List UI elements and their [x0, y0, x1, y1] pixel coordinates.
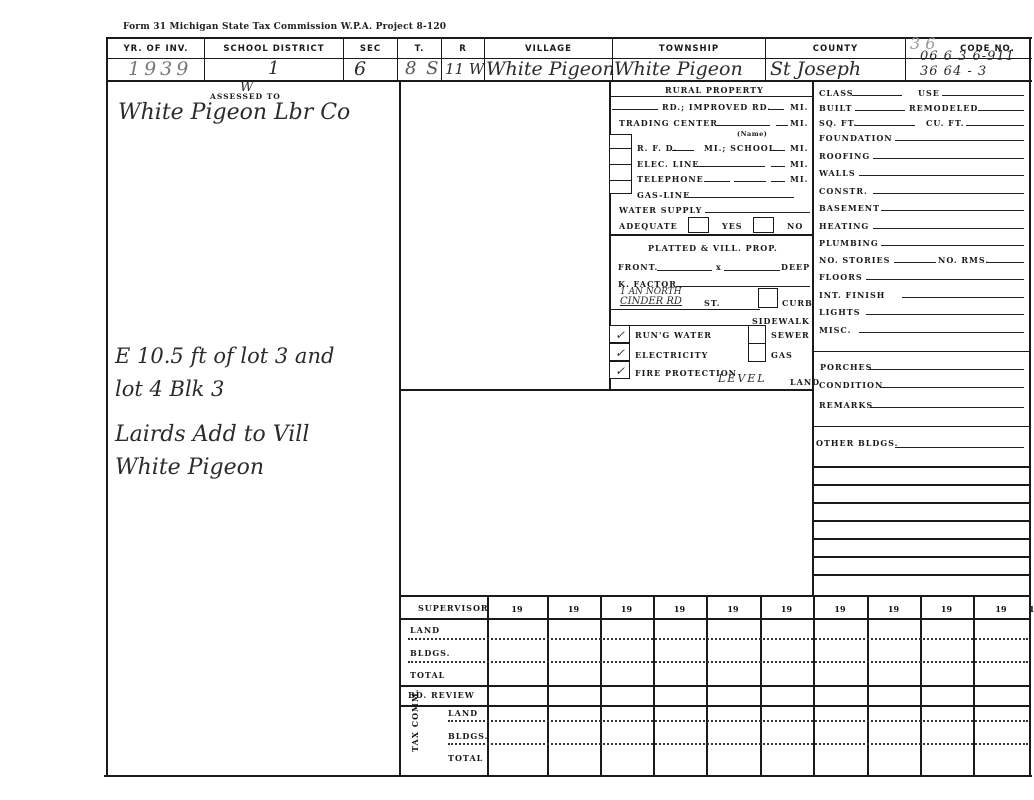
assessed-annotation: W	[240, 80, 253, 95]
building-field-label: CONSTR.	[819, 186, 868, 196]
curb-label: CURB	[782, 298, 813, 308]
valuation-cell[interactable]	[547, 618, 600, 775]
no-stories-label: NO. STORIES	[819, 255, 890, 265]
valuation-cell[interactable]	[867, 618, 920, 775]
building-field-input[interactable]	[866, 314, 1024, 315]
rural-title-rule	[610, 96, 812, 97]
rural-right-border	[812, 80, 814, 595]
use-label: USE	[918, 88, 940, 98]
value-school-district[interactable]: 1	[268, 58, 279, 79]
mi-label: MI.	[790, 118, 808, 128]
mi-label: MI.	[790, 159, 808, 169]
adequate-no-checkbox[interactable]	[753, 217, 774, 233]
remarks-label: REMARKS	[819, 400, 873, 410]
rd-improved-label: RD.; IMPROVED RD.	[662, 102, 771, 112]
adequate-yes-checkbox[interactable]	[688, 217, 709, 233]
legal-description-line-1[interactable]: E 10.5 ft of lot 3 and	[115, 344, 334, 368]
rural-property-title: RURAL PROPERTY	[665, 85, 764, 95]
tax-comm-label: TAX COMM.	[410, 688, 420, 752]
rfd-label: R. F. D.	[637, 143, 677, 153]
gas-checkbox[interactable]	[748, 343, 766, 362]
gas-line-label: GAS-LINE	[637, 190, 690, 200]
sewer-checkbox[interactable]	[748, 325, 766, 344]
building-field-label: WALLS	[819, 168, 856, 178]
building-field-input[interactable]	[902, 297, 1024, 298]
value-code-no-2[interactable]: 36 64 - 3	[920, 64, 987, 79]
deep-label: DEEP	[781, 262, 810, 272]
running-water-label: RUN'G WATER	[635, 330, 712, 340]
valuation-cell[interactable]	[813, 618, 867, 775]
other-bldgs-line[interactable]	[813, 556, 1029, 558]
curb-checkbox[interactable]	[758, 288, 778, 308]
year-column-header: 19	[920, 600, 973, 618]
valuation-row-label: LAND	[410, 625, 440, 635]
name-hint: (Name)	[737, 130, 767, 138]
electricity-label: ELECTRICITY	[635, 350, 708, 360]
class-label: CLASS	[819, 88, 854, 98]
electricity-check: ✓	[615, 346, 625, 360]
tax-comm-row-label: TOTAL	[448, 753, 483, 763]
header-village: VILLAGE	[485, 40, 612, 58]
frame-bottom	[104, 775, 1032, 777]
year-column-header: 19	[487, 600, 547, 618]
school-label: MI.; SCHOOL	[704, 143, 775, 153]
assessed-divider	[399, 80, 401, 777]
valuation-cell[interactable]	[653, 618, 706, 775]
building-field-input[interactable]	[881, 245, 1024, 246]
other-bldgs-line[interactable]	[813, 538, 1029, 540]
building-field-input[interactable]	[881, 210, 1024, 211]
other-bldgs-line[interactable]	[813, 574, 1029, 576]
platted-bottom-rule	[400, 389, 812, 391]
valuation-row-label: TOTAL	[410, 670, 445, 680]
sq-ft-label: SQ. FT.	[819, 118, 857, 128]
street-value-line-2[interactable]: CINDER RD	[620, 296, 682, 307]
running-water-check: ✓	[615, 328, 625, 342]
valuation-cell[interactable]	[600, 618, 653, 775]
header-yr-of-inv: YR. OF INV.	[108, 40, 204, 58]
year-column-header: 19	[600, 600, 653, 618]
cu-ft-label: CU. FT.	[926, 118, 965, 128]
land-value[interactable]: LEVEL	[718, 372, 767, 385]
year-column-header: 19	[973, 600, 1029, 618]
rural-bottom-rule	[610, 234, 812, 236]
year-column-header: 19	[653, 600, 706, 618]
supervisor-label: SUPERVISOR	[418, 603, 489, 613]
header-t: T.	[398, 40, 441, 58]
building-field-label: LIGHTS	[819, 307, 861, 317]
mi-label: MI.	[790, 102, 808, 112]
building-field-label: MISC.	[819, 325, 851, 335]
building-field-label: FOUNDATION	[819, 133, 893, 143]
adequate-label: ADEQUATE	[619, 221, 678, 231]
building-field-input[interactable]	[873, 158, 1024, 159]
sewer-label: SEWER	[771, 330, 810, 340]
form-title: Form 31 Michigan State Tax Commission W.…	[123, 22, 446, 32]
value-t[interactable]: 8 S	[405, 58, 441, 79]
frame-right	[1029, 37, 1031, 777]
mi-label: MI.	[790, 143, 808, 153]
header-sec: SEC	[344, 40, 397, 58]
no-label: NO	[787, 221, 803, 231]
year-column-header: 19	[867, 600, 920, 618]
gas-label: GAS	[771, 350, 793, 360]
platted-title: PLATTED & VILL. PROP.	[648, 243, 778, 253]
value-r[interactable]: 11 W	[445, 60, 484, 78]
building-field-input[interactable]	[873, 193, 1024, 194]
year-column-header: 19	[760, 600, 813, 618]
building-field-label: PLUMBING	[819, 238, 879, 248]
valuation-cell[interactable]	[760, 618, 813, 775]
x-label: x	[716, 262, 722, 272]
building-field-label: BASEMENT	[819, 203, 880, 213]
building-field-label: INT. FINISH	[819, 290, 885, 300]
other-bldgs-line[interactable]	[813, 466, 1029, 468]
other-bldgs-label: OTHER BLDGS.	[816, 438, 898, 448]
water-supply-label: WATER SUPPLY	[619, 205, 702, 215]
st-label: ST.	[704, 298, 720, 308]
no-rms-label: NO. RMS.	[938, 255, 989, 265]
value-sec[interactable]: 6	[354, 58, 366, 80]
building-field-input[interactable]	[873, 228, 1024, 229]
condition-label: CONDITION	[819, 380, 883, 390]
other-bldgs-line[interactable]	[813, 502, 1029, 504]
front-label: FRONT.	[618, 262, 658, 272]
tax-comm-row-label: BLDGS.	[448, 731, 488, 741]
legal-description-line-3[interactable]: Lairds Add to Vill	[115, 422, 309, 447]
year-column-header: 19	[1029, 600, 1034, 618]
land-label: LAND	[790, 377, 820, 387]
valuation-cell[interactable]	[706, 618, 760, 775]
header-r: R	[442, 40, 484, 58]
valuation-row-label: BLDGS.	[410, 648, 450, 658]
value-code-no-1[interactable]: 06 6 3 6-911	[920, 49, 1015, 64]
legal-description-line-4[interactable]: White Pigeon	[115, 455, 264, 480]
legal-description-line-2[interactable]: lot 4 Blk 3	[115, 377, 224, 401]
tax-comm-row-label: LAND	[448, 708, 478, 718]
frame-left	[106, 37, 108, 777]
value-village[interactable]: White Pigeon	[486, 58, 615, 80]
telephone-label: TELEPHONE	[637, 174, 704, 184]
fire-protection-check: ✓	[615, 364, 625, 378]
building-field-input[interactable]	[859, 175, 1024, 176]
building-field-input[interactable]	[866, 279, 1024, 280]
assessed-to-value[interactable]: White Pigeon Lbr Co	[118, 100, 350, 125]
header-school-district: SCHOOL DISTRICT	[205, 40, 343, 58]
header-township: TOWNSHIP	[613, 40, 765, 58]
yes-label: YES	[722, 221, 743, 231]
header-county: COUNTY	[766, 40, 905, 58]
other-bldgs-line[interactable]	[813, 484, 1029, 486]
remodeled-label: REMODELED	[909, 103, 978, 113]
valuation-cell[interactable]	[920, 618, 973, 775]
year-column-header: 19	[706, 600, 760, 618]
trading-center-label: TRADING CENTER	[619, 118, 718, 128]
building-field-label: FLOORS	[819, 272, 863, 282]
value-township[interactable]: White Pigeon	[614, 58, 743, 80]
mi-label: MI.	[790, 174, 808, 184]
building-field-input[interactable]	[859, 332, 1024, 333]
built-label: BUILT	[819, 103, 852, 113]
year-column-header: 19	[547, 600, 600, 618]
porches-label: PORCHES	[820, 362, 872, 372]
building-field-label: HEATING	[819, 221, 869, 231]
valuation-cell[interactable]	[487, 618, 547, 775]
value-county[interactable]: St Joseph	[770, 58, 861, 80]
year-column-header: 19	[813, 600, 867, 618]
frame-top	[108, 37, 1032, 39]
value-yr-of-inv[interactable]: 1939	[128, 58, 192, 80]
building-field-label: ROOFING	[819, 151, 870, 161]
valuation-cell[interactable]	[973, 618, 1029, 775]
building-field-input[interactable]	[895, 140, 1024, 141]
other-bldgs-line[interactable]	[813, 520, 1029, 522]
elec-line-label: ELEC. LINE	[637, 159, 699, 169]
